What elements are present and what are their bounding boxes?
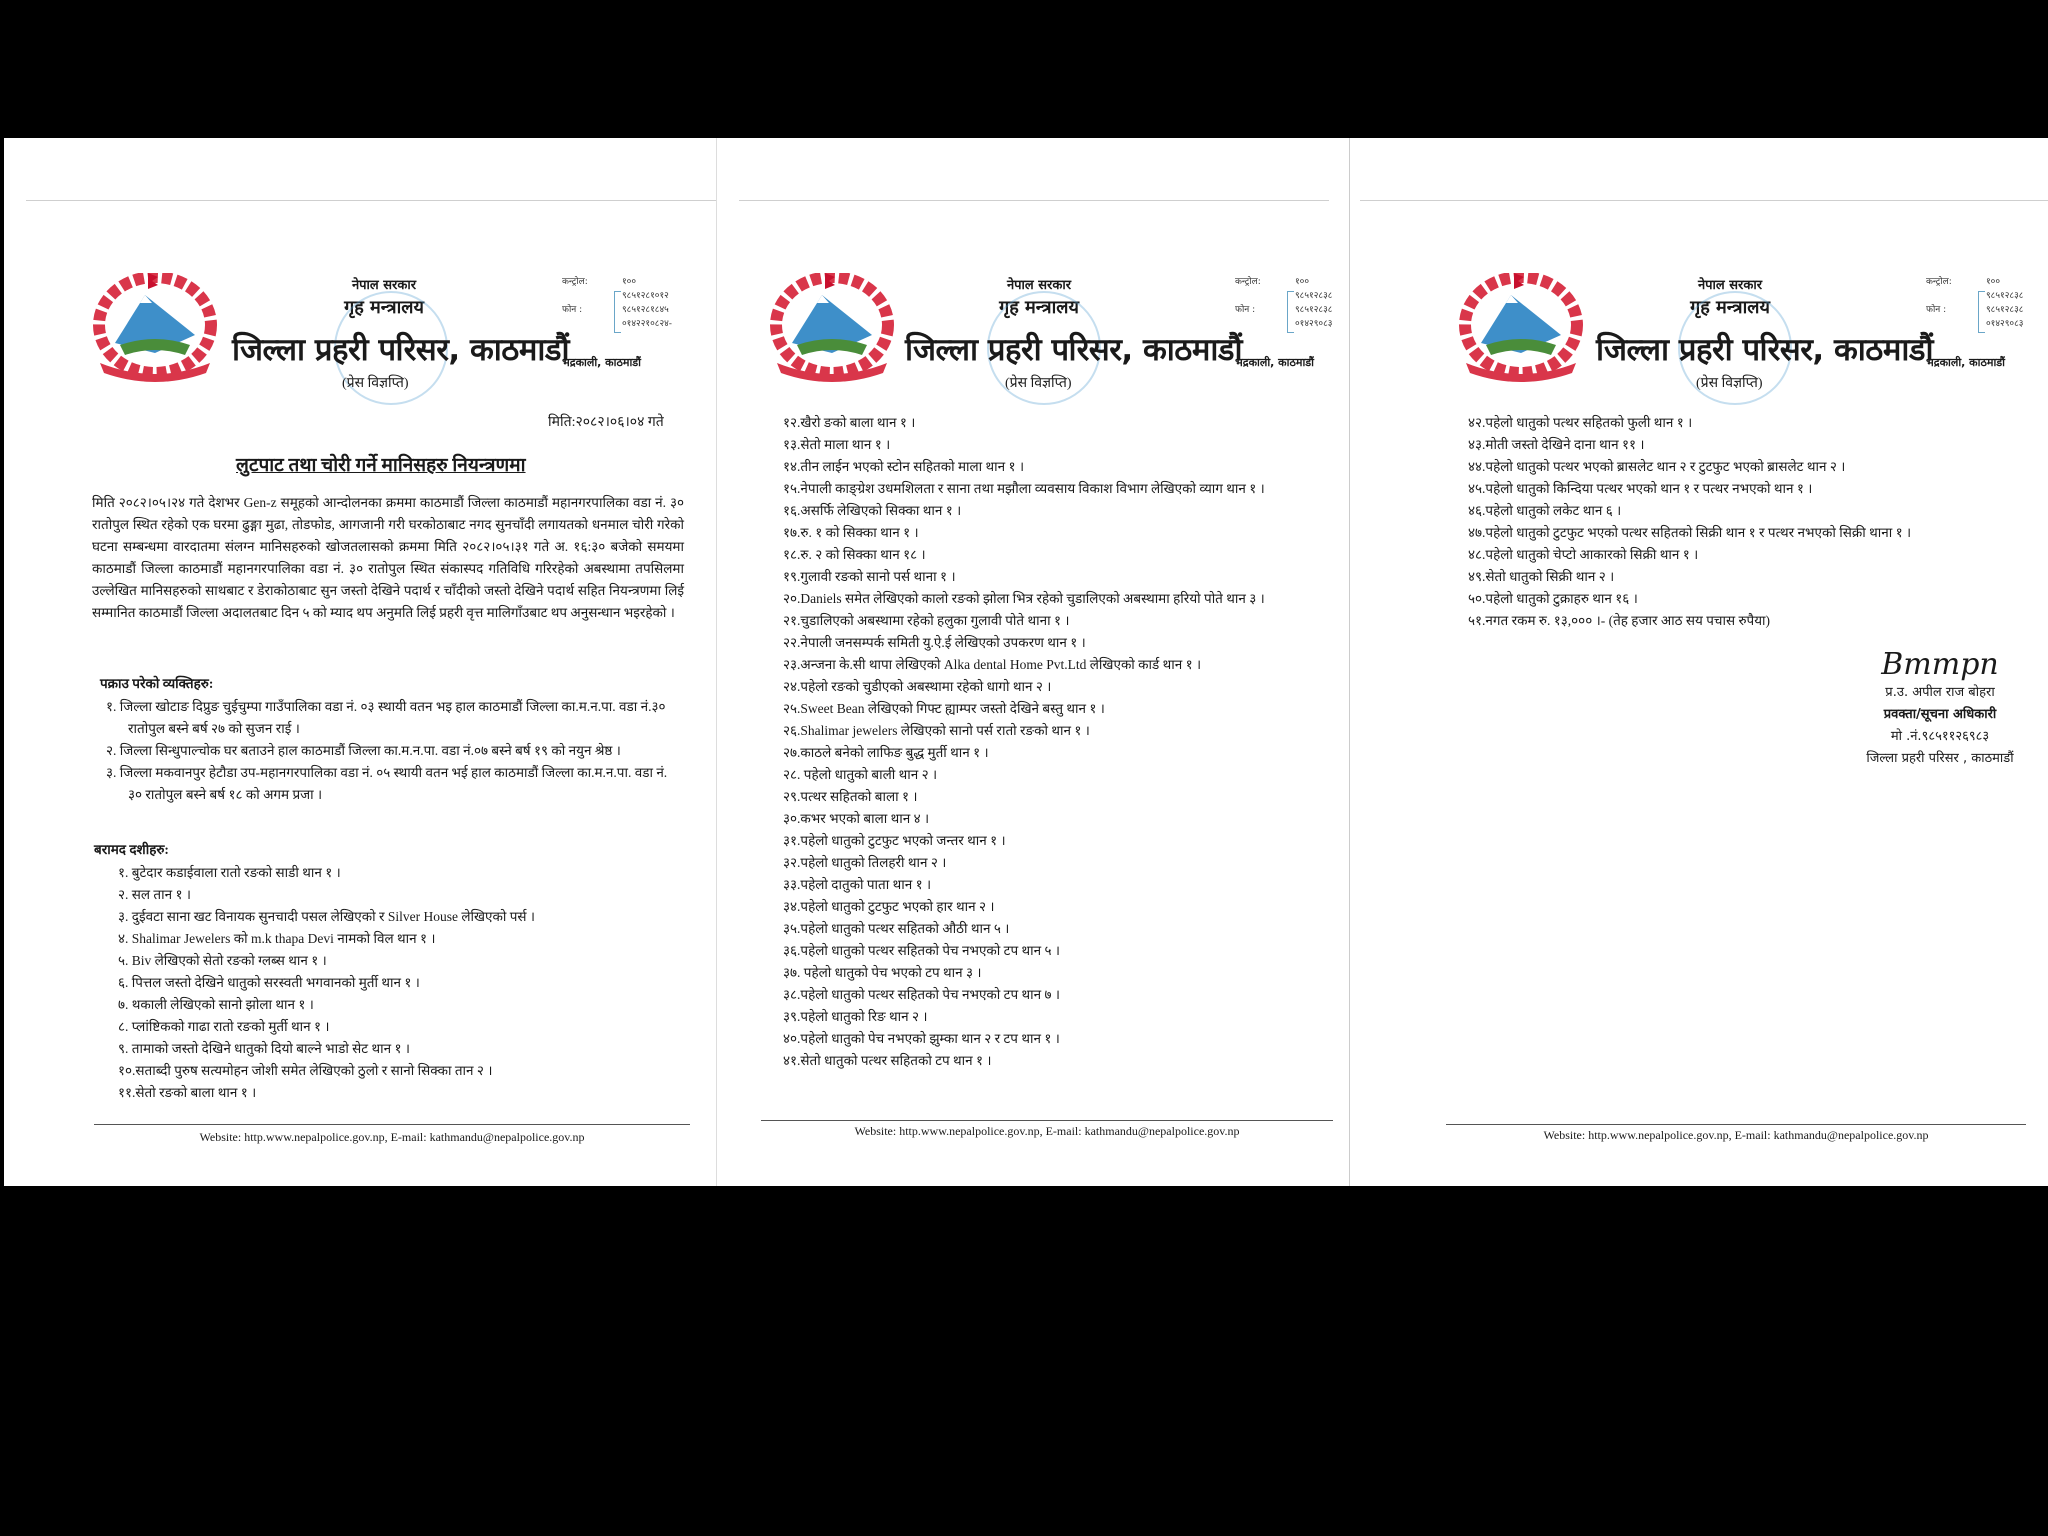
top-rule [26,200,716,201]
contact-block: कन्ट्रोल:१०० ९८५१२८३८ फोन :९८५१२८३८ ०१४२… [1926,275,2023,331]
recovered-items-list-final: ४२.पहेलो धातुको पत्थर सहितको फुली थान १ … [1468,412,1911,632]
press-release-page-1: नेपाल सरकार गृह मन्त्रालय जिल्ला प्रहरी … [4,138,716,1186]
footer-rule [761,1120,1333,1121]
list-item: ५. Biv लेखिएको सेतो रङको ग्लब्स थान १ । [118,950,535,972]
release-body: मिति २०८२।०५।२४ गते देशभर Gen-z समूहको आ… [92,492,684,624]
list-item: ४९.सेतो धातुको सिक्री थान २ । [1468,566,1911,588]
footer-rule [94,1124,690,1125]
press-release-label: (प्रेस विज्ञप्ति) [1696,373,1763,392]
list-item: ३०.कभर भएको बाला थान ४ । [783,808,1265,830]
list-item: ३२.पहेलो धातुको तिलहरी थान २ । [783,852,1265,874]
list-item: ३६.पहेलो धातुको पत्थर सहितको पेच नभएको ट… [783,940,1265,962]
release-date: मिति:२०८२।०६।०४ गते [548,412,664,431]
control-number: १०० [622,275,636,289]
list-item: ४३.मोती जस्तो देखिने दाना थान ११ । [1468,434,1911,456]
press-release-page-3: नेपाल सरकार गृह मन्त्रालय जिल्ला प्रहरी … [1350,138,2048,1186]
control-label: कन्ट्रोल: [1926,275,1986,289]
office-title: जिल्ला प्रहरी परिसर, काठमाडौं [232,328,569,370]
letterhead: नेपाल सरकार गृह मन्त्रालय जिल्ला प्रहरी … [1350,273,2048,423]
list-item: १२.खैरो ङको बाला थान १ । [783,412,1265,434]
signatory-role: प्रवक्ता/सूचना अधिकारी [1840,704,2040,726]
office-title: जिल्ला प्रहरी परिसर, काठमाडौं [905,328,1242,370]
list-item: २०.Daniels समेत लेखिएको कालो रङको झोला भ… [783,588,1265,610]
phone-label: फोन : [1235,303,1295,317]
list-item: २९.पत्थर सहितको बाला १ । [783,786,1265,808]
list-item: ३७. पहेलो धातुको पेच भएको टप थान ३ । [783,962,1265,984]
office-title: जिल्ला प्रहरी परिसर, काठमाडौं [1596,328,1933,370]
phone-2: ९८५१२८३८ [1986,303,2023,317]
list-item: ३९.पहेलो धातुको रिङ थान २ । [783,1006,1265,1028]
list-item: ३४.पहेलो धातुको टुटफुट भएको हार थान २ । [783,896,1265,918]
list-item: ३. दुईवटा साना खट विनायक सुनचादी पसल लेख… [118,906,535,928]
list-item: १४.तीन लाईन भएको स्टोन सहितको माला थान १… [783,456,1265,478]
phone-label: फोन : [1926,303,1986,317]
phone-2: ९८५१२८१८४५ [622,303,669,317]
footer-contact: Website: http.www.nepalpolice.gov.np, E-… [94,1130,690,1145]
list-item: १६.असर्फि लेखिएको सिक्का थान १ । [783,500,1265,522]
list-item: १३.सेतो माला थान १ । [783,434,1265,456]
list-item: २६.Shalimar jewelers लेखिएको सानो पर्स र… [783,720,1265,742]
list-item: २३.अन्जना के.सी थापा लेखिएको Alka dental… [783,654,1265,676]
phone-label: फोन : [562,303,622,317]
list-item: ४७.पहेलो धातुको टुटफुट भएको पत्थर सहितको… [1468,522,1911,544]
list-item: ७. थकाली लेखिएको सानो झोला थान १ । [118,994,535,1016]
list-item: ९. तामाको जस्तो देखिने धातुको दियो बाल्न… [118,1038,535,1060]
nepal-emblem-icon [767,273,897,383]
phone-1: ९८५१२८३८ [1295,289,1332,303]
list-item: ३३.पहेलो दातुको पाता थान १ । [783,874,1265,896]
nepal-emblem-icon [90,273,220,383]
contact-block: कन्ट्रोल:१०० ९८५१२८३८ फोन :९८५१२८३८ ०१४२… [1235,275,1332,331]
top-rule [739,200,1329,201]
press-release-label: (प्रेस विज्ञप्ति) [1005,373,1072,392]
list-item: ३. जिल्ला मकवानपुर हेटौडा उप-महानगरपालिक… [106,762,684,806]
signatory-name: प्र.उ. अपील राज बोहरा [1840,682,2040,704]
signatory-office: जिल्ला प्रहरी परिसर , काठमाडौं [1840,748,2040,770]
list-item: ४१.सेतो धातुको पत्थर सहितको टप थान १ । [783,1050,1265,1072]
phone-1: ९८५१२८१०१२ [622,289,669,303]
top-rule [1360,200,2048,201]
list-item: ८. प्लांष्टिकको गाढा रातो रङको मुर्ती था… [118,1016,535,1038]
list-item: ११.सेतो रङको बाला थान १ । [118,1082,535,1104]
list-item: २१.चुडालिएको अबस्थामा रहेको हलुका गुलावी… [783,610,1265,632]
arrested-heading: पक्राउ परेको व्यक्तिहरु: [100,674,213,692]
list-item: १९.गुलावी रङको सानो पर्स थाना १ । [783,566,1265,588]
list-item: ४२.पहेलो धातुको पत्थर सहितको फुली थान १ … [1468,412,1911,434]
list-item: २५.Sweet Bean लेखिएको गिफ्ट ह्याम्पर जस्… [783,698,1265,720]
list-item: ३१.पहेलो धातुको टुटफुट भएको जन्तर थान १ … [783,830,1265,852]
footer-contact: Website: http.www.nepalpolice.gov.np, E-… [761,1124,1333,1139]
recovered-items-list-continued: १२.खैरो ङको बाला थान १ ।१३.सेतो माला थान… [783,412,1265,1072]
letterhead: नेपाल सरकार गृह मन्त्रालय जिल्ला प्रहरी … [717,273,1349,423]
office-address: भद्रकाली, काठमाडौं [1926,355,2005,370]
phone-2: ९८५१२८३८ [1295,303,1332,317]
list-item: ६. पित्तल जस्तो देखिने धातुको सरस्वती भग… [118,972,535,994]
phone-3: ०१४२२१०८२४- [622,317,672,331]
list-item: २८. पहेलो धातुको बाली थान २ । [783,764,1265,786]
list-item: ३८.पहेलो धातुको पत्थर सहितको पेच नभएको ट… [783,984,1265,1006]
signature-block: Bmmpn प्र.उ. अपील राज बोहरा प्रवक्ता/सूच… [1840,648,2040,770]
office-address: भद्रकाली, काठमाडौं [562,355,641,370]
letterhead: नेपाल सरकार गृह मन्त्रालय जिल्ला प्रहरी … [4,273,716,423]
control-label: कन्ट्रोल: [562,275,622,289]
footer-rule [1446,1124,2026,1125]
list-item: ३५.पहेलो धातुको पत्थर सहितको औठी थान ५ । [783,918,1265,940]
footer-contact: Website: http.www.nepalpolice.gov.np, E-… [1446,1128,2026,1143]
phone-1: ९८५१२८३८ [1986,289,2023,303]
list-item: १०.सताब्दी पुरुष सत्यमोहन जोशी समेत लेखि… [118,1060,535,1082]
nepal-emblem-icon [1456,273,1586,383]
list-item: ५०.पहेलो धातुको टुक्राहरु थान १६ । [1468,588,1911,610]
list-item: ४६.पहेलो धातुको लकेट थान ६ । [1468,500,1911,522]
press-release-page-2: नेपाल सरकार गृह मन्त्रालय जिल्ला प्रहरी … [716,138,1350,1186]
list-item: ४८.पहेलो धातुको चेप्टो आकारको सिक्री थान… [1468,544,1911,566]
list-item: १८.रु. २ को सिक्का थान १८ । [783,544,1265,566]
office-address: भद्रकाली, काठमाडौं [1235,355,1314,370]
control-number: १०० [1986,275,2000,289]
list-item: ५१.नगत रकम रु. १३,००० ।- (तेह हजार आठ सय… [1468,610,1911,632]
list-item: ४५.पहेलो धातुको किन्दिया पत्थर भएको थान … [1468,478,1911,500]
list-item: १. बुटेदार कडाईवाला रातो रङको साडी थान १… [118,862,535,884]
recovered-items-list: १. बुटेदार कडाईवाला रातो रङको साडी थान १… [118,862,535,1104]
phone-3: ०१४२९०८३ [1986,317,2023,331]
contact-block: कन्ट्रोल:१०० ९८५१२८१०१२ फोन :९८५१२८१८४५ … [562,275,672,331]
arrested-list: १. जिल्ला खोटाङ दिप्रुङ चुईचुम्पा गाउँपा… [106,696,684,806]
control-number: १०० [1295,275,1309,289]
list-item: २७.काठले बनेको लाफिङ बुद्ध मुर्ती थान १ … [783,742,1265,764]
list-item: २. सल तान १ । [118,884,535,906]
list-item: १५.नेपाली काङ्ग्रेश उधमशिलता र साना तथा … [783,478,1265,500]
press-release-label: (प्रेस विज्ञप्ति) [342,373,409,392]
list-item: १. जिल्ला खोटाङ दिप्रुङ चुईचुम्पा गाउँपा… [106,696,684,740]
government-name: नेपाल सरकार [304,275,464,293]
list-item: ४०.पहेलो धातुको पेच नभएको झुम्का थान २ र… [783,1028,1265,1050]
release-subject: लुटपाट तथा चोरी गर्ने मानिसहरु नियन्त्रण… [236,451,526,477]
list-item: ४४.पहेलो धातुको पत्थर भएको ब्रासलेट थान … [1468,456,1911,478]
control-label: कन्ट्रोल: [1235,275,1295,289]
signatory-mobile: मो .नं.९८५११२६९८३ [1840,726,2040,748]
list-item: ४. Shalimar Jewelers को m.k thapa Devi न… [118,928,535,950]
signature-mark: Bmmpn [1840,648,2040,682]
list-item: २२.नेपाली जनसम्पर्क समिती यु.ऐ.ई लेखिएको… [783,632,1265,654]
list-item: २. जिल्ला सिन्धुपाल्चोक घर बताउने हाल का… [106,740,684,762]
list-item: १७.रु. १ को सिक्का थान १ । [783,522,1265,544]
recovered-heading: बरामद दशीहरु: [94,840,169,858]
phone-3: ०१४२९०८३ [1295,317,1332,331]
list-item: २४.पहेलो रङको चुडीएको अबस्थामा रहेको धाग… [783,676,1265,698]
